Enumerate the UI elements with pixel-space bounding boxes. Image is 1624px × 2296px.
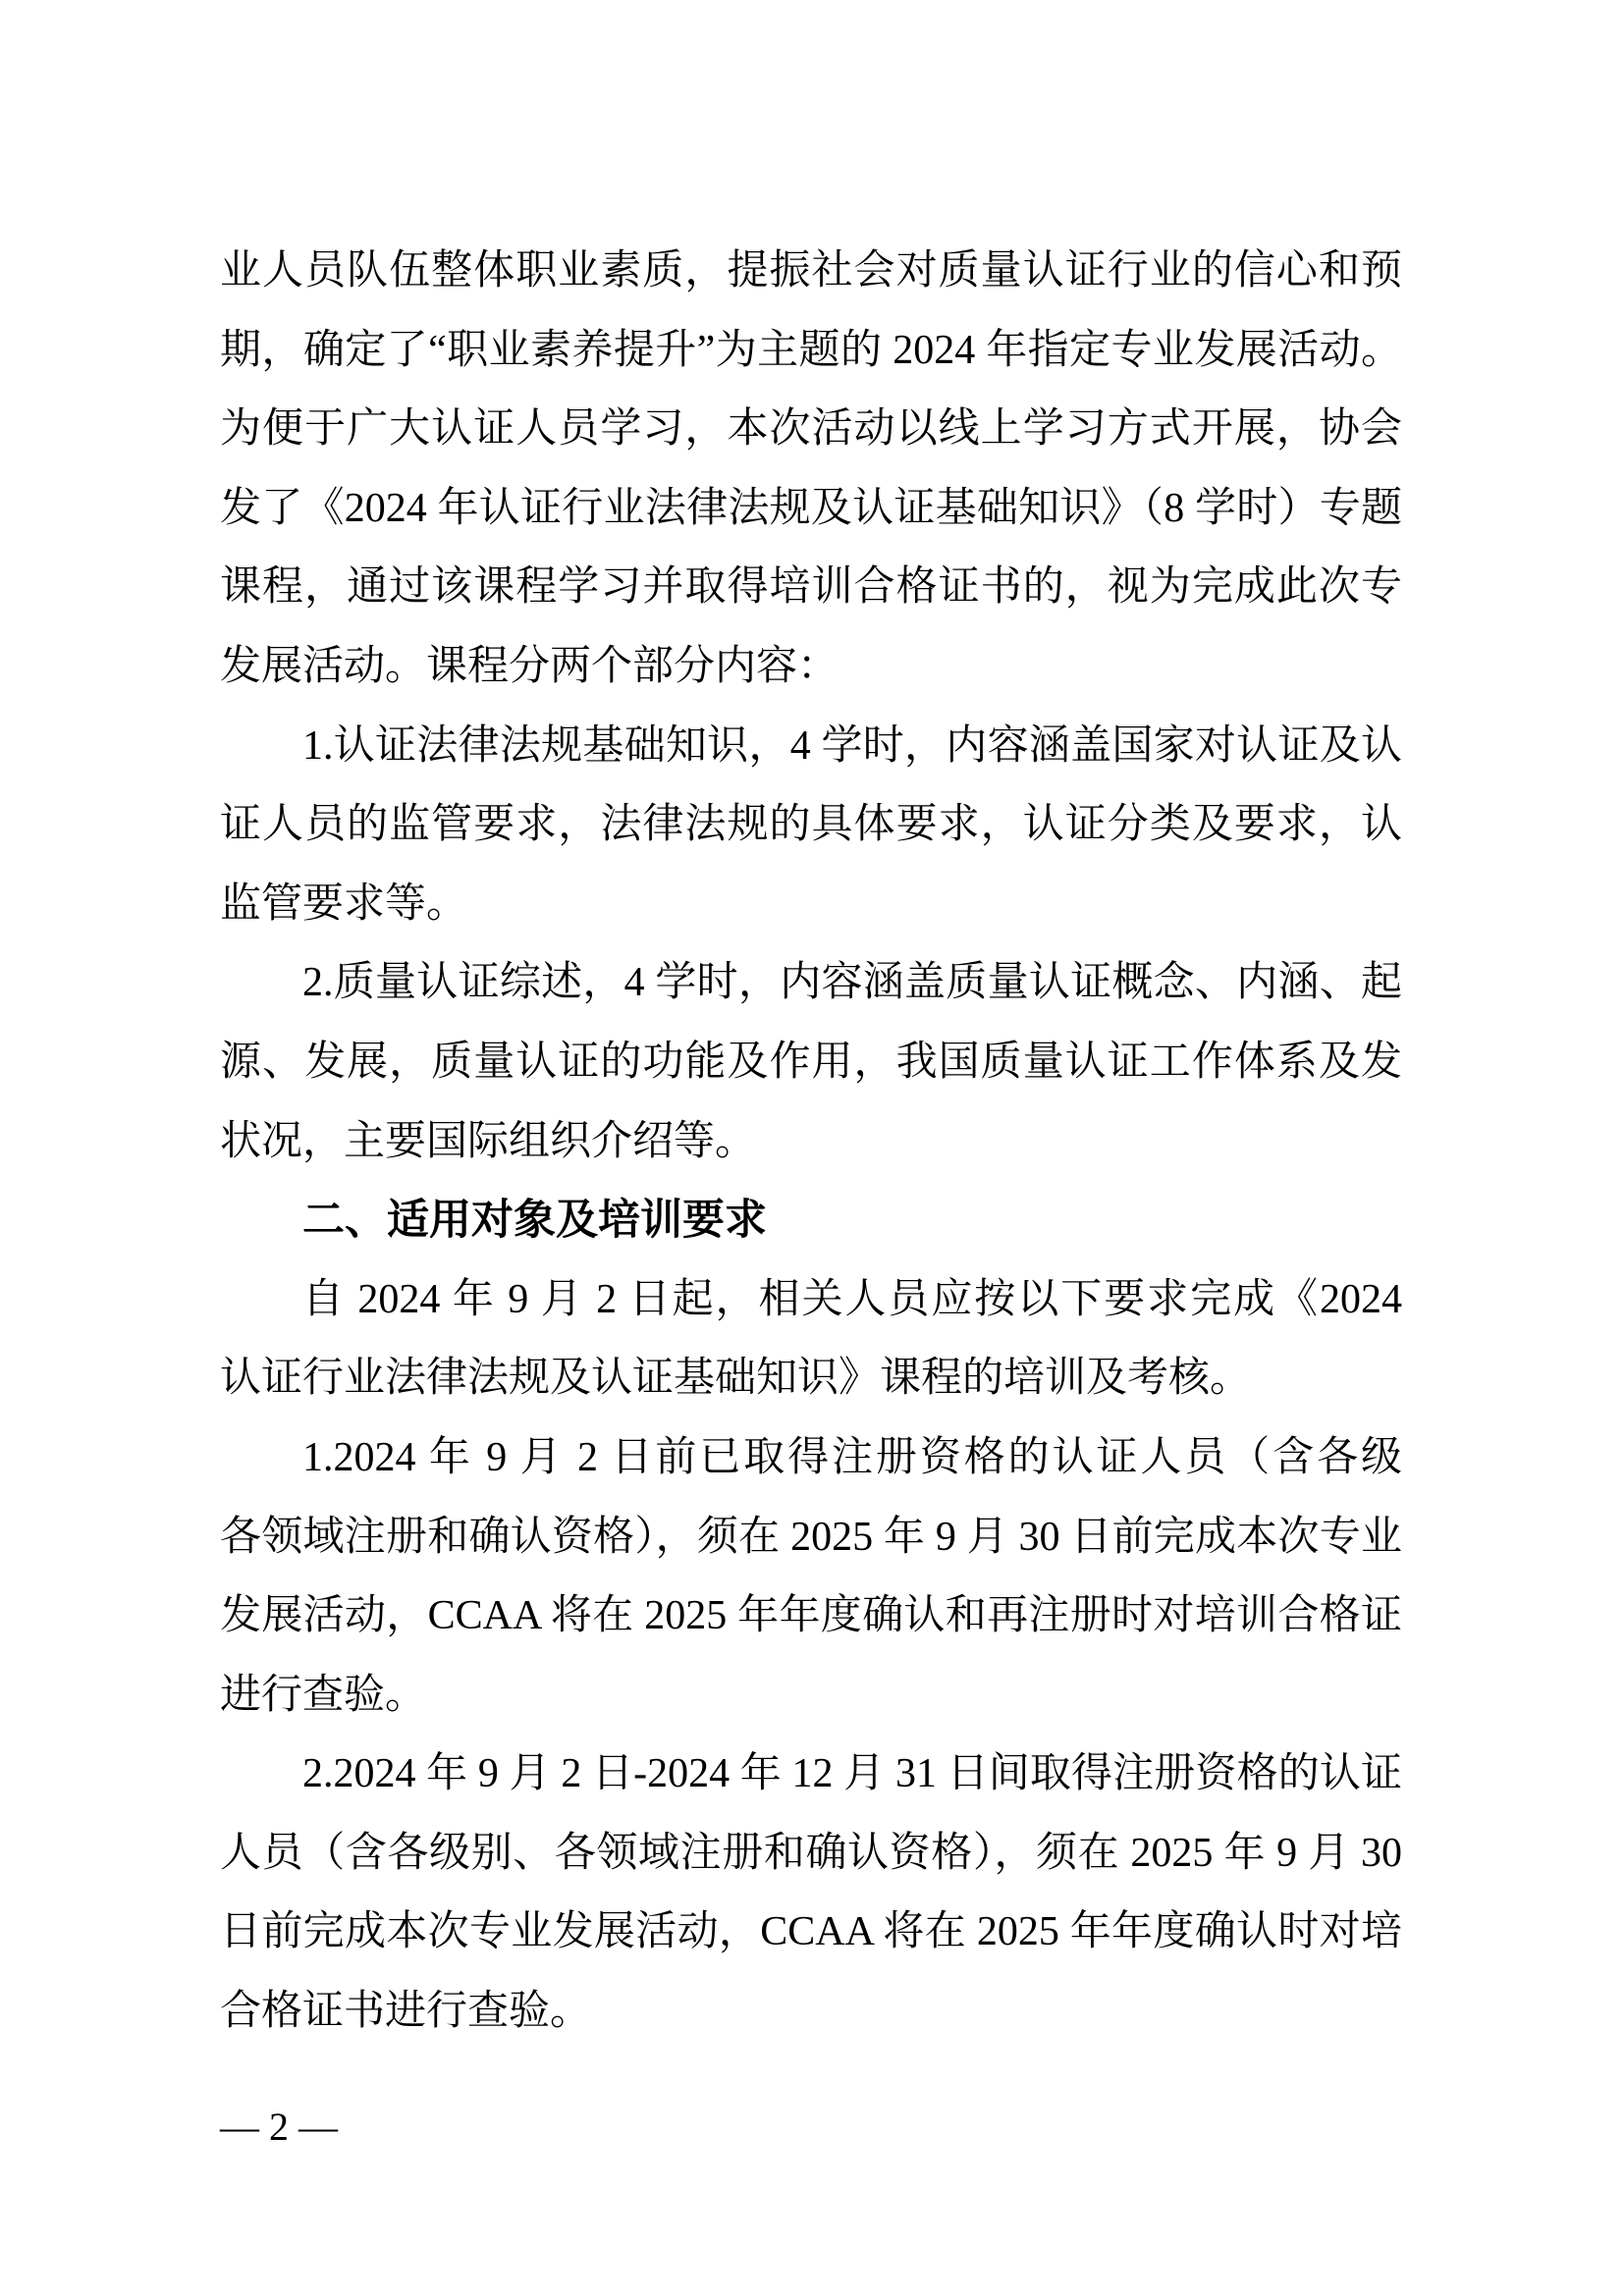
body-text-block: 业人员队伍整体职业素质，提振社会对质量认证行业的信心和预 期，确定了“职业素养提… xyxy=(220,232,1402,2052)
text-line: 合格证书进行查验。 xyxy=(220,1972,1402,2052)
text-line: 进行查验。 xyxy=(220,1656,1402,1735)
text-line: 自 2024 年 9 月 2 日起，相关人员应按以下要求完成《2024 年 xyxy=(220,1260,1402,1340)
text-line: 监管要求等。 xyxy=(220,865,1402,944)
text-line: 各领域注册和确认资格），须在 2025 年 9 月 30 日前完成本次专业 xyxy=(220,1498,1402,1577)
text-line: 状况，主要国际组织介绍等。 xyxy=(220,1102,1402,1182)
text-line: 发展活动。课程分两个部分内容： xyxy=(220,627,1402,707)
text-line: 人员（含各级别、各领域注册和确认资格），须在 2025 年 9 月 30 xyxy=(220,1814,1402,1894)
text-line: 日前完成本次专业发展活动，CCAA 将在 2025 年年度确认时对培训 xyxy=(220,1893,1402,1972)
page-number: — 2 — xyxy=(220,2088,338,2166)
text-line: 发展活动，CCAA 将在 2025 年年度确认和再注册时对培训合格证书 xyxy=(220,1576,1402,1656)
text-line: 源、发展，质量认证的功能及作用，我国质量认证工作体系及发展 xyxy=(220,1023,1402,1102)
text-line: 业人员队伍整体职业素质，提振社会对质量认证行业的信心和预 xyxy=(220,232,1402,311)
document-page: 业人员队伍整体职业素质，提振社会对质量认证行业的信心和预 期，确定了“职业素养提… xyxy=(0,0,1624,2296)
text-line: 1.2024 年 9 月 2 日前已取得注册资格的认证人员（含各级别、 xyxy=(220,1418,1402,1498)
text-line: 证人员的监管要求，法律法规的具体要求，认证分类及要求，认证 xyxy=(220,785,1402,865)
text-line: 2.2024 年 9 月 2 日-2024 年 12 月 31 日间取得注册资格… xyxy=(220,1735,1402,1814)
text-line: 期，确定了“职业素养提升”为主题的 2024 年指定专业发展活动。 xyxy=(220,311,1402,391)
text-line: 发了《2024 年认证行业法律法规及认证基础知识》（8 学时）专题 xyxy=(220,469,1402,549)
section-heading: 二、适用对象及培训要求 xyxy=(220,1181,1402,1260)
text-line: 为便于广大认证人员学习，本次活动以线上学习方式开展，协会开 xyxy=(220,390,1402,469)
text-line: 认证行业法律法规及认证基础知识》课程的培训及考核。 xyxy=(220,1339,1402,1418)
text-line: 1.认证法律法规基础知识，4 学时，内容涵盖国家对认证及认 xyxy=(220,707,1402,786)
text-line: 2.质量认证综述，4 学时，内容涵盖质量认证概念、内涵、起 xyxy=(220,943,1402,1023)
text-line: 课程，通过该课程学习并取得培训合格证书的，视为完成此次专业 xyxy=(220,548,1402,627)
